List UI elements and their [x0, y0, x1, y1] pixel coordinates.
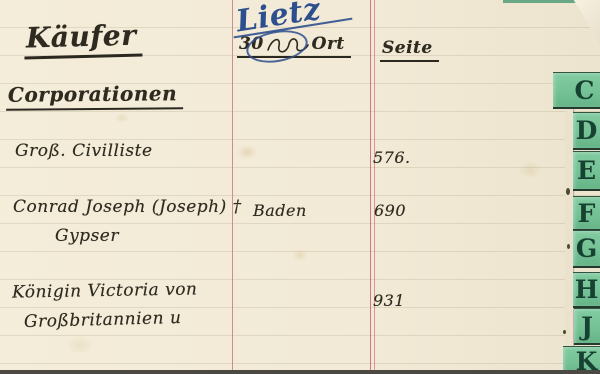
- entry-name-line2: Gypser: [55, 226, 119, 246]
- tab-letter: D: [576, 116, 598, 145]
- page-edge-strip: [565, 107, 573, 347]
- entry-page-number: 576.: [373, 148, 411, 167]
- entry-name: Groß. Civilliste: [15, 141, 153, 161]
- index-tab-c[interactable]: C: [553, 72, 600, 109]
- red-rule-right-outer: [370, 0, 371, 374]
- paper-speck: [566, 188, 570, 195]
- column-header-seite: Seite: [380, 38, 439, 62]
- tab-letter: C: [575, 76, 595, 105]
- ort-label: Ort: [312, 34, 345, 54]
- tab-letter: G: [576, 234, 597, 263]
- index-tab-j[interactable]: J: [574, 308, 600, 345]
- paper-speck: [563, 330, 566, 334]
- paper-speck: [567, 244, 570, 249]
- index-tab-h[interactable]: H: [573, 272, 600, 308]
- tab-letter: F: [578, 199, 596, 228]
- tab-letter: H: [575, 275, 599, 304]
- index-tab-e[interactable]: E: [573, 151, 600, 191]
- entry-page-number: 690: [374, 201, 406, 220]
- red-rule-right-inner: [374, 0, 375, 374]
- tab-letter: J: [581, 312, 593, 341]
- section-heading-corporationen: Corporationen: [6, 81, 183, 111]
- entry-page-number: 931: [373, 291, 405, 310]
- index-tab-d[interactable]: D: [573, 112, 600, 150]
- entry-name-line2: Großbritannien u: [24, 308, 182, 332]
- entry-name: Königin Victoria von: [12, 279, 198, 302]
- tab-letter: E: [577, 156, 596, 185]
- entry-ort: Baden: [253, 201, 307, 220]
- index-tab-f[interactable]: F: [573, 196, 600, 231]
- red-rule-left: [232, 0, 233, 374]
- scan-bottom-edge: [0, 370, 600, 374]
- index-tab-g[interactable]: G: [573, 230, 600, 268]
- column-header-kaeufer: Käufer: [24, 18, 143, 59]
- ledger-scan: Käufer Corporationen Lietz 30 Ort Seite …: [0, 0, 600, 374]
- entry-name: Conrad Joseph (Joseph) †: [13, 197, 242, 217]
